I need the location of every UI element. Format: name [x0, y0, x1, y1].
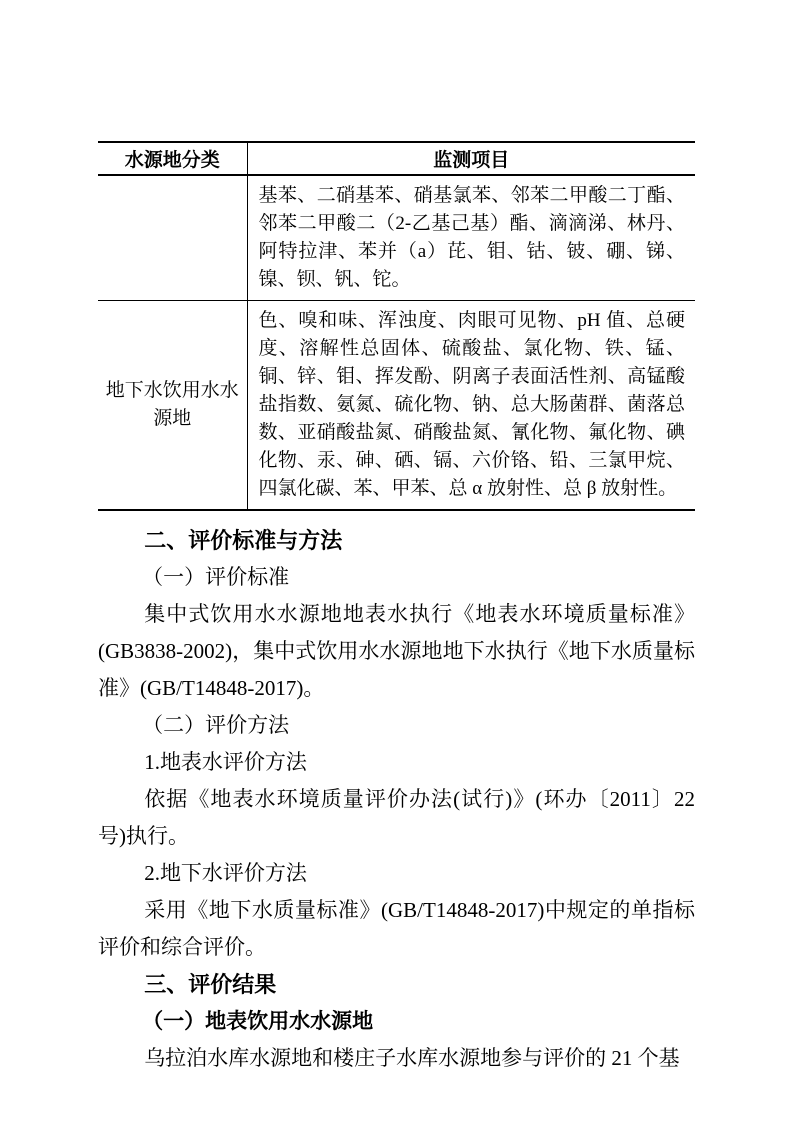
document-body: 二、评价标准与方法 （一）评价标准 集中式饮用水水源地地表水执行《地表水环境质量… [98, 522, 695, 1077]
paragraph-ground-water-method: 采用《地下水质量标准》(GB/T14848-2017)中规定的单指标评价和综合评… [98, 892, 695, 966]
item-surface-water-method-heading: 1.地表水评价方法 [98, 744, 695, 781]
table-header-row: 水源地分类 监测项目 [98, 142, 695, 175]
monitoring-items-table: 水源地分类 监测项目 基苯、二硝基苯、硝基氯苯、邻苯二甲酸二丁酯、邻苯二甲酸二（… [98, 141, 695, 511]
items-cell-groundwater: 色、嗅和味、浑浊度、肉眼可见物、pH 值、总硬度、溶解性总固体、硫酸盐、氯化物、… [247, 301, 695, 511]
section-2-heading: 二、评价标准与方法 [98, 522, 695, 559]
category-cell-groundwater: 地下水饮用水水源地 [98, 301, 247, 511]
sub-heading-surface-drinking-source: （一）地表饮用水水源地 [98, 1003, 695, 1040]
sub-heading-evaluation-method: （二）评价方法 [98, 707, 695, 744]
category-cell-empty [98, 175, 247, 301]
paragraph-standards: 集中式饮用水水源地地表水执行《地表水环境质量标准》(GB3838-2002)，集… [98, 596, 695, 707]
column-header-items: 监测项目 [247, 142, 695, 175]
paragraph-result: 乌拉泊水库水源地和楼庄子水库水源地参与评价的 21 个基 [98, 1040, 695, 1077]
sub-heading-evaluation-standard: （一）评价标准 [98, 559, 695, 596]
table-row: 地下水饮用水水源地 色、嗅和味、浑浊度、肉眼可见物、pH 值、总硬度、溶解性总固… [98, 301, 695, 511]
section-3-heading: 三、评价结果 [98, 966, 695, 1003]
paragraph-surface-water-method: 依据《地表水环境质量评价办法(试行)》(环办〔2011〕22 号)执行。 [98, 781, 695, 855]
item-ground-water-method-heading: 2.地下水评价方法 [98, 855, 695, 892]
document-page: 水源地分类 监测项目 基苯、二硝基苯、硝基氯苯、邻苯二甲酸二丁酯、邻苯二甲酸二（… [0, 0, 793, 1122]
table-row: 基苯、二硝基苯、硝基氯苯、邻苯二甲酸二丁酯、邻苯二甲酸二（2-乙基己基）酯、滴滴… [98, 175, 695, 301]
items-cell-surface-continued: 基苯、二硝基苯、硝基氯苯、邻苯二甲酸二丁酯、邻苯二甲酸二（2-乙基己基）酯、滴滴… [247, 175, 695, 301]
column-header-category: 水源地分类 [98, 142, 247, 175]
page-content: 水源地分类 监测项目 基苯、二硝基苯、硝基氯苯、邻苯二甲酸二丁酯、邻苯二甲酸二（… [98, 141, 695, 1077]
